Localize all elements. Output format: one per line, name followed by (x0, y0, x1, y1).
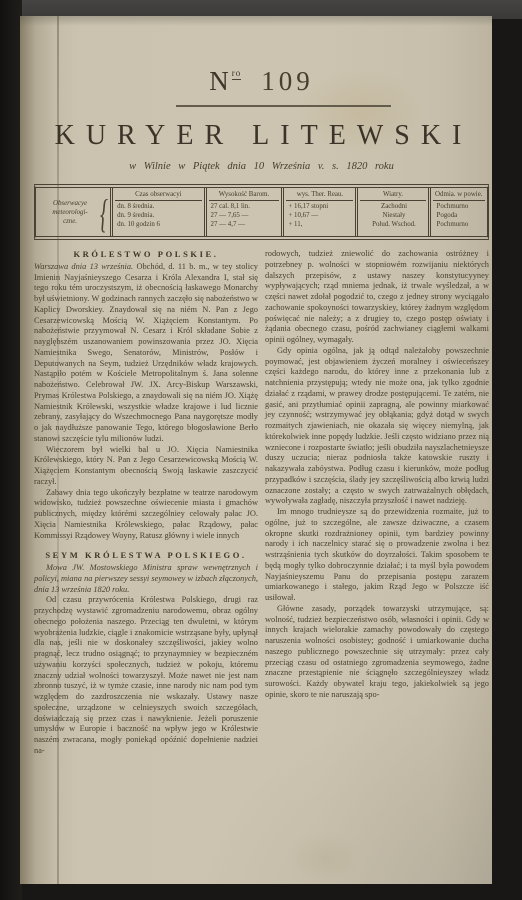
weather-col-barometer: Wysokość Barom. 27 cal. 8,1 lin. 27 — 7,… (204, 188, 282, 236)
column-header: Odmia. w powie. (433, 190, 485, 201)
weather-col-time: Czas obserwacyi dn. 8 średnia. dn. 9 śre… (110, 188, 203, 236)
column-header: Wiatry. (360, 190, 425, 201)
body-columns: KRÓLESTWO POLSKIE. Warszawa dnia 13 wrze… (34, 249, 489, 757)
paragraph-text: Obchód, d. 11 b. m., w tey stolicy Imien… (34, 262, 258, 443)
column-header: wys. Ther. Reau. (286, 190, 353, 201)
article-paragraph: rodowych, tudzież zniewolić do zachowani… (265, 249, 489, 346)
column-header: Wysokość Barom. (209, 190, 280, 201)
table-cell: Połud. Wschod. (360, 220, 425, 229)
newspaper-title: KURYER LITEWSKI (36, 120, 491, 152)
article-paragraph: Od czasu przywrócenia Królestwa Polskieg… (34, 595, 258, 756)
issue-superscript: ro (232, 68, 242, 80)
article-dateline: Warszawa dnia 13 września. (34, 262, 133, 271)
article-paragraph: Gdy opinia ogólna, jak ją odtąd należało… (265, 346, 489, 507)
table-cell: dn. 9 średnia. (115, 211, 201, 220)
table-cell: dn. 8 średnia. (115, 202, 201, 211)
table-cell: Pogoda (433, 211, 485, 220)
table-cell: Pochmurno (433, 202, 485, 211)
section-heading-seym: SEYM KRÓLESTWA POLSKIEGO. (34, 550, 258, 561)
article-paragraph: Zabawy dnia tego ukończyły bezpłatne w t… (34, 488, 258, 542)
article-paragraph: Wieczorem był wielki bal u JO. Xięcia Na… (34, 445, 258, 488)
issue-letter: Nro (209, 66, 241, 96)
table-cell: Zachodni (360, 202, 425, 211)
article-paragraph: Im mnogo trudnieysze są do przewidzenia … (265, 507, 489, 604)
table-cell: + 16,17 stopni (286, 202, 353, 211)
table-cell: + 10,67 — (286, 211, 353, 220)
table-cell: dn. 10 godzin 6 (115, 220, 201, 229)
article-paragraph: Warszawa dnia 13 września. Obchód, d. 11… (34, 262, 258, 445)
article-paragraph: Główne zasady, porządek towarzyski utrzy… (265, 604, 489, 701)
table-cell: 27 — 4,7 — (209, 220, 280, 229)
weather-col-winds: Wiatry. Zachodni Niestały Połud. Wschod. (355, 188, 427, 236)
brace-glyph: { (100, 188, 108, 236)
weather-table: Obserwacye meteorologi- czne. { Czas obs… (34, 184, 489, 240)
section-heading-kingdom-of-poland: KRÓLESTWO POLSKIE. (34, 249, 258, 260)
table-cell: 27 cal. 8,1 lin. (209, 202, 280, 211)
column-header: Czas obserwacyi (115, 190, 201, 201)
masthead-rule (176, 105, 391, 107)
weather-col-thermometer: wys. Ther. Reau. + 16,17 stopni + 10,67 … (281, 188, 355, 236)
table-cell: Niestały (360, 211, 425, 220)
column-left: KRÓLESTWO POLSKIE. Warszawa dnia 13 wrze… (34, 249, 258, 757)
weather-col-sky: Odmia. w powie. Pochmurno Pogoda Pochmur… (428, 188, 487, 236)
speech-intro: Mowa JW. Mostowskiego Ministra spraw wew… (34, 563, 258, 595)
weather-table-label: Obserwacye meteorologi- czne. { (36, 188, 110, 236)
column-right: rodowych, tudzież zniewolić do zachowani… (265, 249, 489, 757)
issue-number: 109 (261, 66, 314, 96)
table-cell: Pochmurno (433, 220, 485, 229)
page-content: Nro 109 KURYER LITEWSKI w Wilnie w Piąte… (34, 66, 489, 757)
scan-left-shadow (0, 0, 22, 900)
newspaper-dateline: w Wilnie w Piątek dnia 10 Września v. s.… (34, 161, 489, 172)
issue-line: Nro 109 (34, 66, 489, 97)
newspaper-page: Nro 109 KURYER LITEWSKI w Wilnie w Piąte… (20, 16, 492, 884)
table-cell: + 11, (286, 220, 353, 229)
table-cell: 27 — 7,65 — (209, 211, 280, 220)
